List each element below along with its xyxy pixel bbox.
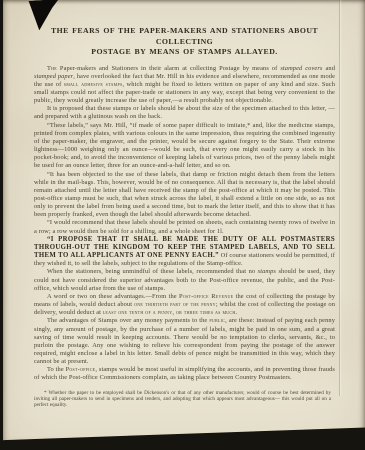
- text-segment: and: [323, 65, 335, 72]
- text-segment: “I would recommend that these labels sho…: [34, 219, 335, 234]
- text-segment: “It has been objected to the use of thes…: [34, 171, 335, 219]
- text-segment: one thirtieth part of the penny: [134, 301, 216, 308]
- document-content: THE FEARS OF THE PAPER-MAKERS AND STATIO…: [34, 26, 335, 414]
- paragraph: When the stationers, being unmindful of …: [34, 268, 335, 292]
- paragraph: It is proposed that these stamps or labe…: [34, 105, 335, 121]
- text-segment: Post-office: [66, 366, 96, 373]
- fold-crease: [339, 0, 340, 396]
- scanned-document-scene: THE FEARS OF THE PAPER-MAKERS AND STATIO…: [0, 0, 365, 450]
- text-segment: .: [235, 309, 237, 316]
- text-segment: least one tenth of a penny, or three tim…: [103, 309, 236, 316]
- text-segment: The: [47, 65, 57, 72]
- paragraph: “These labels,” says Mr. Hill, “if made …: [34, 122, 335, 171]
- footnote: * Whether the paper to be employed shall…: [34, 390, 331, 409]
- text-segment: The advantages of Stamps over any money …: [47, 317, 209, 324]
- text-segment: stamps: [258, 268, 276, 275]
- text-segment: A word or two on these advantages.—From …: [47, 293, 179, 300]
- text-segment: public: [209, 317, 225, 324]
- paragraph: The advantages of Stamps over any money …: [34, 317, 335, 366]
- text-segment: stamped covers: [280, 65, 322, 72]
- text-segment: Post-office Revenue: [179, 293, 233, 300]
- paragraph: A word or two on these advantages.—From …: [34, 293, 335, 317]
- text-segment: To the: [47, 366, 66, 373]
- document-title-line2: POSTAGE BY MEANS OF STAMPS ALLAYED.: [34, 47, 335, 58]
- paragraph: “It has been objected to the use of thes…: [34, 171, 335, 220]
- paragraph: To the Post-office, stamps would be most…: [34, 366, 335, 382]
- document-body: The Paper-makers and Stationers in their…: [34, 65, 335, 383]
- document-page: THE FEARS OF THE PAPER-MAKERS AND STATIO…: [3, 0, 365, 450]
- paragraph: The Paper-makers and Stationers in their…: [34, 65, 335, 106]
- paragraph: “I PROPOSE THAT IT SHALL BE MADE THE DUT…: [34, 236, 335, 269]
- text-segment: “These labels,” says Mr. Hill, “if made …: [34, 122, 335, 170]
- text-segment: Paper-makers and Stationers in their ala…: [57, 65, 280, 72]
- document-title-line1: THE FEARS OF THE PAPER-MAKERS AND STATIO…: [34, 26, 335, 47]
- document-title: THE FEARS OF THE PAPER-MAKERS AND STATIO…: [34, 26, 335, 58]
- text-segment: stamped paper: [34, 73, 73, 80]
- text-segment: When the stationers, being unmindful of …: [47, 268, 258, 275]
- paragraph: “I would recommend that these labels sho…: [34, 219, 335, 235]
- text-segment: It is proposed that these stamps or labe…: [34, 105, 335, 120]
- text-segment: small adhesive stamps: [64, 81, 123, 88]
- text-segment: , are these: instead of paying each penn…: [34, 317, 335, 365]
